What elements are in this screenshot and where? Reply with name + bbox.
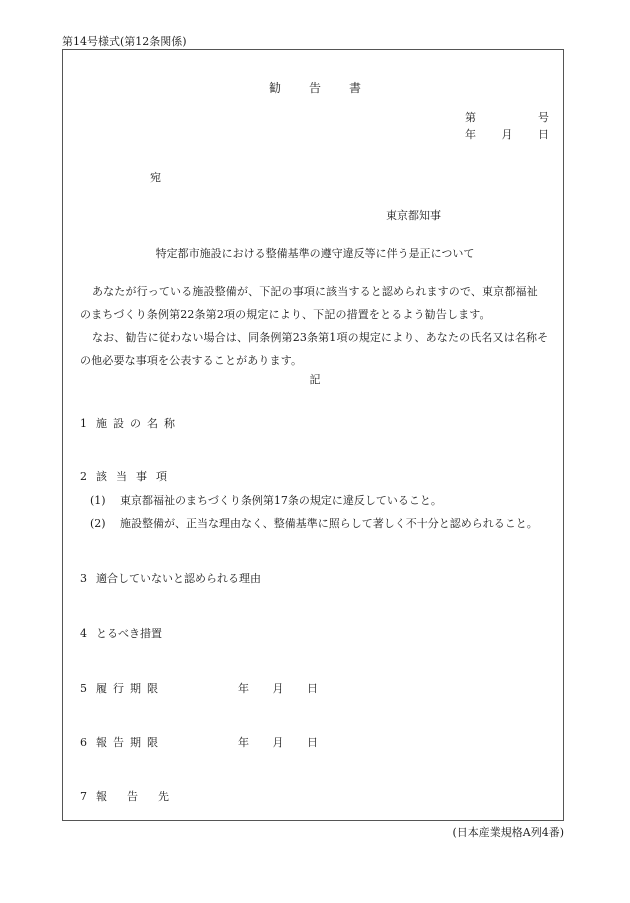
ki-heading: 記	[0, 374, 630, 385]
item-number: 4	[80, 628, 96, 639]
sub-item-2: (2)施設整備が、正当な理由なく、整備基準に照らして著しく不十分と認められること…	[90, 518, 538, 529]
item-number: 2	[80, 471, 96, 482]
date-month: 月	[502, 129, 513, 140]
sub-item-number: (2)	[90, 518, 120, 529]
date-year: 年	[465, 129, 476, 140]
item-label: 履行期限	[96, 682, 164, 695]
item-label: 報告期限	[96, 736, 164, 749]
date-day: 日	[307, 737, 318, 748]
date-month: 月	[273, 737, 284, 748]
sub-item-text: 施設整備が、正当な理由なく、整備基準に照らして著しく不十分と認められること。	[120, 517, 538, 530]
sender: 東京都知事	[386, 210, 441, 221]
number-suffix: 号	[538, 112, 549, 123]
item-number: 5	[80, 683, 96, 694]
item-number: 6	[80, 737, 96, 748]
sub-item-text: 東京都福祉のまちづくり条例第17条の規定に違反していること。	[120, 494, 442, 507]
item-number: 1	[80, 418, 96, 429]
item-5-deadline-date: 年 月 日	[238, 683, 318, 694]
item-7: 7報告先	[80, 791, 189, 802]
title-char: 告	[309, 82, 349, 94]
item-number: 7	[80, 791, 96, 802]
body-para2-line1: なお、勧告に従わない場合は、同条例第23条第1項の規定により、あなたの氏名又は名…	[92, 332, 548, 343]
item-label: 施設の名称	[96, 417, 181, 430]
item-1: 1施設の名称	[80, 418, 181, 429]
document-frame	[62, 49, 564, 821]
item-3: 3適合していないと認められる理由	[80, 573, 261, 584]
date-day: 日	[538, 129, 549, 140]
title-char: 勧	[269, 82, 309, 94]
item-6: 6報告期限	[80, 737, 164, 748]
item-label: 適合していないと認められる理由	[96, 572, 261, 585]
date-year: 年	[238, 683, 249, 694]
addressee: 宛	[150, 172, 161, 183]
body-para1-line1: あなたが行っている施設整備が、下記の事項に該当すると認められますので、東京都福祉	[92, 286, 538, 297]
item-6-report-date: 年 月 日	[238, 737, 318, 748]
item-4: 4とるべき措置	[80, 628, 162, 639]
sub-item-1: (1)東京都福祉のまちづくり条例第17条の規定に違反していること。	[90, 495, 442, 506]
item-label: 報告先	[96, 790, 189, 803]
document-title: 勧告書	[0, 82, 630, 94]
number-prefix: 第	[465, 112, 476, 123]
item-5: 5履行期限	[80, 683, 164, 694]
date-year: 年	[238, 737, 249, 748]
item-label: 該当事項	[96, 470, 176, 483]
paper-size-note: (日本産業規格A列4番)	[452, 827, 564, 838]
subject: 特定都市施設における整備基準の遵守違反等に伴う是正について	[0, 248, 630, 259]
date-day: 日	[307, 683, 318, 694]
item-number: 3	[80, 573, 96, 584]
item-2: 2該当事項	[80, 471, 176, 482]
document-number: 第 号	[465, 112, 549, 123]
date-month: 月	[273, 683, 284, 694]
body-para2-line2: の他必要な事項を公表することがあります。	[80, 355, 302, 366]
form-number: 第14号様式(第12条関係)	[62, 36, 187, 47]
title-char: 書	[349, 82, 389, 94]
body-para1-line2: のまちづくり条例第22条第2項の規定により、下記の措置をとるよう勧告します。	[80, 309, 491, 320]
document-date: 年 月 日	[465, 129, 549, 140]
sub-item-number: (1)	[90, 495, 120, 506]
item-label: とるべき措置	[96, 627, 162, 640]
